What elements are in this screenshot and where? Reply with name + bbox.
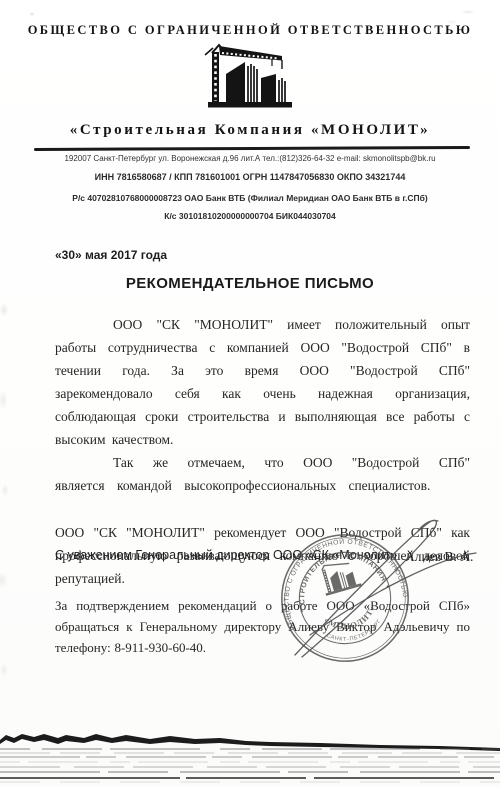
- handwritten-signature: [250, 483, 500, 683]
- crane-buildings-icon: [192, 43, 308, 113]
- corner-scan-specks: [0, 0, 500, 40]
- bank-account-line: Р/с 40702810768000008723 ОАО Банк ВТБ (Ф…: [0, 193, 500, 203]
- company-name: «Строительная Компания «МОНОЛИТ»: [0, 122, 500, 139]
- paragraph-1: ООО "СК "МОНОЛИТ" имеет положительный оп…: [55, 313, 470, 451]
- scan-noise-icon: [0, 730, 500, 787]
- header-divider: [34, 146, 470, 151]
- left-edge-scan-smudge: [0, 280, 16, 720]
- date-line: «30» мая 2017 года: [55, 248, 500, 262]
- scanned-letter-page: ОБЩЕСТВО С ОГРАНИЧЕННОЙ ОТВЕТСТВЕННОСТЬЮ: [0, 0, 500, 787]
- signature-strokes-icon: [250, 483, 500, 683]
- bottom-scan-artifact-band: [0, 730, 500, 787]
- address-line: 192007 Санкт-Петербург ул. Воронежская д…: [0, 154, 500, 163]
- company-logo: [192, 43, 308, 113]
- corr-account-line: К/с 30101810200000000704 БИК044030704: [0, 211, 500, 221]
- letter-title: РЕКОМЕНДАТЕЛЬНОЕ ПИСЬМО: [0, 275, 500, 292]
- requisites-line: ИНН 7816580687 / КПП 781601001 ОГРН 1147…: [0, 172, 500, 182]
